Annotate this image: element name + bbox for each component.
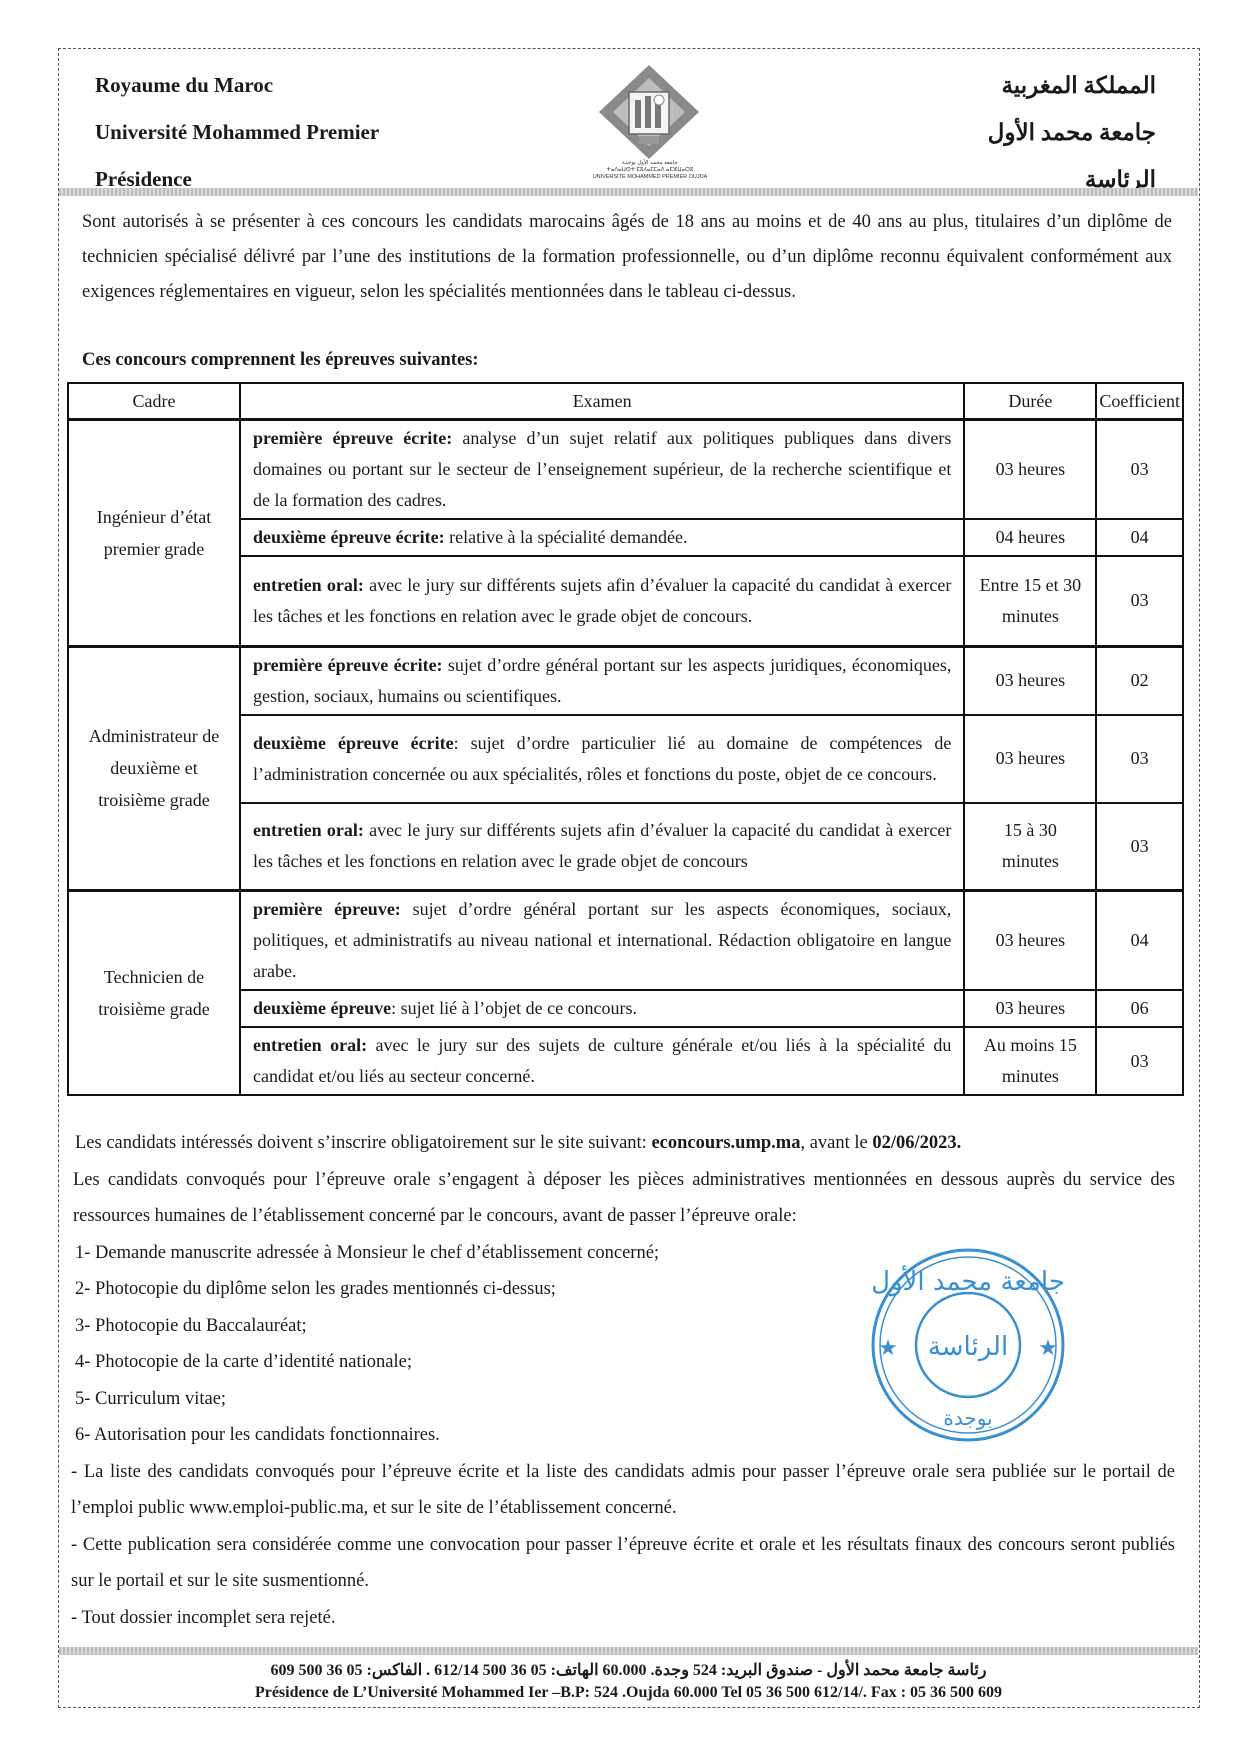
coefficient-cell: 03 xyxy=(1096,556,1183,646)
duration-cell: 03 heures xyxy=(964,891,1096,991)
header-university-ar: جامعة محمد الأول xyxy=(988,109,1156,156)
registration-text: Les candidats intéressés doivent s’inscr… xyxy=(75,1133,651,1153)
coefficient-cell: 04 xyxy=(1096,519,1183,556)
cadre-cell: Ingénieur d’état premier grade xyxy=(68,420,240,647)
exam-label: entretien oral: xyxy=(253,1035,367,1055)
coefficient-cell: 06 xyxy=(1096,990,1183,1027)
header-right: المملكة المغربية جامعة محمد الأول الرئاس… xyxy=(988,62,1156,203)
svg-text:★: ★ xyxy=(1038,1335,1058,1360)
exams-table: Cadre Examen Durée Coefficient Ingénieur… xyxy=(67,382,1184,1096)
duration-cell: Entre 15 et 30 minutes xyxy=(964,556,1096,646)
svg-text:جامعة محمد الأول: جامعة محمد الأول xyxy=(871,1264,1065,1297)
exam-description: : sujet lié à l’objet de ce concours. xyxy=(391,998,637,1018)
duration-cell: 04 heures xyxy=(964,519,1096,556)
logo-caption-tz: ⵜⴰⴷⴰⵡⵙⵜ ⵎⵓⵃⴰⵎⵎⴰⴷ ⴰⵎⵣⵡⴰⵔⵓ xyxy=(580,167,720,174)
svg-text:الرئاسة: الرئاسة xyxy=(928,1332,1008,1362)
duration-cell: 15 à 30 minutes xyxy=(964,803,1096,891)
exam-cell: première épreuve écrite: analyse d’un su… xyxy=(240,420,964,520)
exam-cell: entretien oral: avec le jury sur différe… xyxy=(240,803,964,891)
svg-text:★: ★ xyxy=(878,1335,898,1360)
exam-label: première épreuve: xyxy=(253,899,401,919)
note-item: - Tout dossier incomplet sera rejeté. xyxy=(71,1600,1175,1637)
header-divider xyxy=(59,188,1198,196)
exam-cell: deuxième épreuve: sujet lié à l’objet de… xyxy=(240,990,964,1027)
duration-cell: 03 heures xyxy=(964,990,1096,1027)
col-header-duree: Durée xyxy=(964,383,1096,420)
header-university-fr: Université Mohammed Premier xyxy=(95,109,379,156)
table-header-row: Cadre Examen Durée Coefficient xyxy=(68,383,1183,420)
header-kingdom-ar: المملكة المغربية xyxy=(988,62,1156,109)
exam-cell: première épreuve: sujet d’ordre général … xyxy=(240,891,964,991)
exam-cell: deuxième épreuve écrite: sujet d’ordre p… xyxy=(240,715,964,803)
coefficient-cell: 03 xyxy=(1096,1027,1183,1095)
registration-deadline: 02/06/2023. xyxy=(872,1133,961,1153)
duration-cell: 03 heures xyxy=(964,646,1096,715)
col-header-coefficient: Coefficient xyxy=(1096,383,1183,420)
logo-caption-fr: UNIVERSITE MOHAMMED PREMIER OUJDA xyxy=(580,174,720,181)
duration-cell: 03 heures xyxy=(964,420,1096,520)
note-item: - La liste des candidats convoqués pour … xyxy=(71,1454,1175,1527)
cadre-cell: Administrateur de deuxième et troisième … xyxy=(68,646,240,891)
logo-caption-ar: جامعة محمد الأول بوجدة xyxy=(580,160,720,167)
exam-cell: entretien oral: avec le jury sur différe… xyxy=(240,556,964,646)
notes: - La liste des candidats convoqués pour … xyxy=(71,1454,1175,1637)
table-row: Technicien de troisième gradepremière ép… xyxy=(68,891,1183,991)
exam-cell: première épreuve écrite: sujet d’ordre g… xyxy=(240,646,964,715)
coefficient-cell: 04 xyxy=(1096,891,1183,991)
registration-line: Les candidats intéressés doivent s’inscr… xyxy=(75,1125,1175,1162)
table-row: Ingénieur d’état premier gradepremière é… xyxy=(68,420,1183,520)
oral-docs-intro: Les candidats convoqués pour l’épreuve o… xyxy=(73,1162,1175,1235)
registration-text-middle: , avant le xyxy=(800,1133,872,1153)
duration-cell: 03 heures xyxy=(964,715,1096,803)
exam-label: deuxième épreuve écrite xyxy=(253,733,454,753)
footer-address-fr: Présidence de L’Université Mohammed Ier … xyxy=(59,1682,1198,1704)
header-left: Royaume du Maroc Université Mohammed Pre… xyxy=(95,62,379,203)
official-stamp-icon: جامعة محمد الأول الرئاسة بوجدة ★ ★ xyxy=(838,1240,1098,1450)
table-row: Administrateur de deuxième et troisième … xyxy=(68,646,1183,715)
eligibility-paragraph: Sont autorisés à se présenter à ces conc… xyxy=(82,205,1172,310)
duration-cell: Au moins 15 minutes xyxy=(964,1027,1096,1095)
cadre-cell: Technicien de troisième grade xyxy=(68,891,240,1096)
col-header-examen: Examen xyxy=(240,383,964,420)
exam-label: entretien oral: xyxy=(253,820,364,840)
exam-description: relative à la spécialité demandée. xyxy=(445,527,688,547)
exams-heading: Ces concours comprennent les épreuves su… xyxy=(82,343,1172,378)
col-header-cadre: Cadre xyxy=(68,383,240,420)
svg-text:بوجدة: بوجدة xyxy=(943,1406,992,1430)
registration-site-link[interactable]: econcours.ump.ma xyxy=(651,1133,800,1153)
header-kingdom-fr: Royaume du Maroc xyxy=(95,62,379,109)
exam-cell: deuxième épreuve écrite: relative à la s… xyxy=(240,519,964,556)
exam-label: première épreuve écrite: xyxy=(253,655,443,675)
exam-label: deuxième épreuve écrite: xyxy=(253,527,445,547)
exam-label: deuxième épreuve xyxy=(253,998,391,1018)
coefficient-cell: 03 xyxy=(1096,420,1183,520)
note-item: - Cette publication sera considérée comm… xyxy=(71,1527,1175,1600)
logo-caption: جامعة محمد الأول بوجدة ⵜⴰⴷⴰⵡⵙⵜ ⵎⵓⵃⴰⵎⵎⴰⴷ … xyxy=(580,160,720,181)
footer-divider xyxy=(59,1647,1198,1655)
coefficient-cell: 02 xyxy=(1096,646,1183,715)
exam-cell: entretien oral: avec le jury sur des suj… xyxy=(240,1027,964,1095)
footer-address-ar: رئاسة جامعة محمد الأول - صندوق البريد: 5… xyxy=(59,1660,1198,1682)
exam-label: entretien oral: xyxy=(253,575,364,595)
coefficient-cell: 03 xyxy=(1096,803,1183,891)
coefficient-cell: 03 xyxy=(1096,715,1183,803)
exam-label: première épreuve écrite: xyxy=(253,428,452,448)
footer: رئاسة جامعة محمد الأول - صندوق البريد: 5… xyxy=(59,1660,1198,1704)
